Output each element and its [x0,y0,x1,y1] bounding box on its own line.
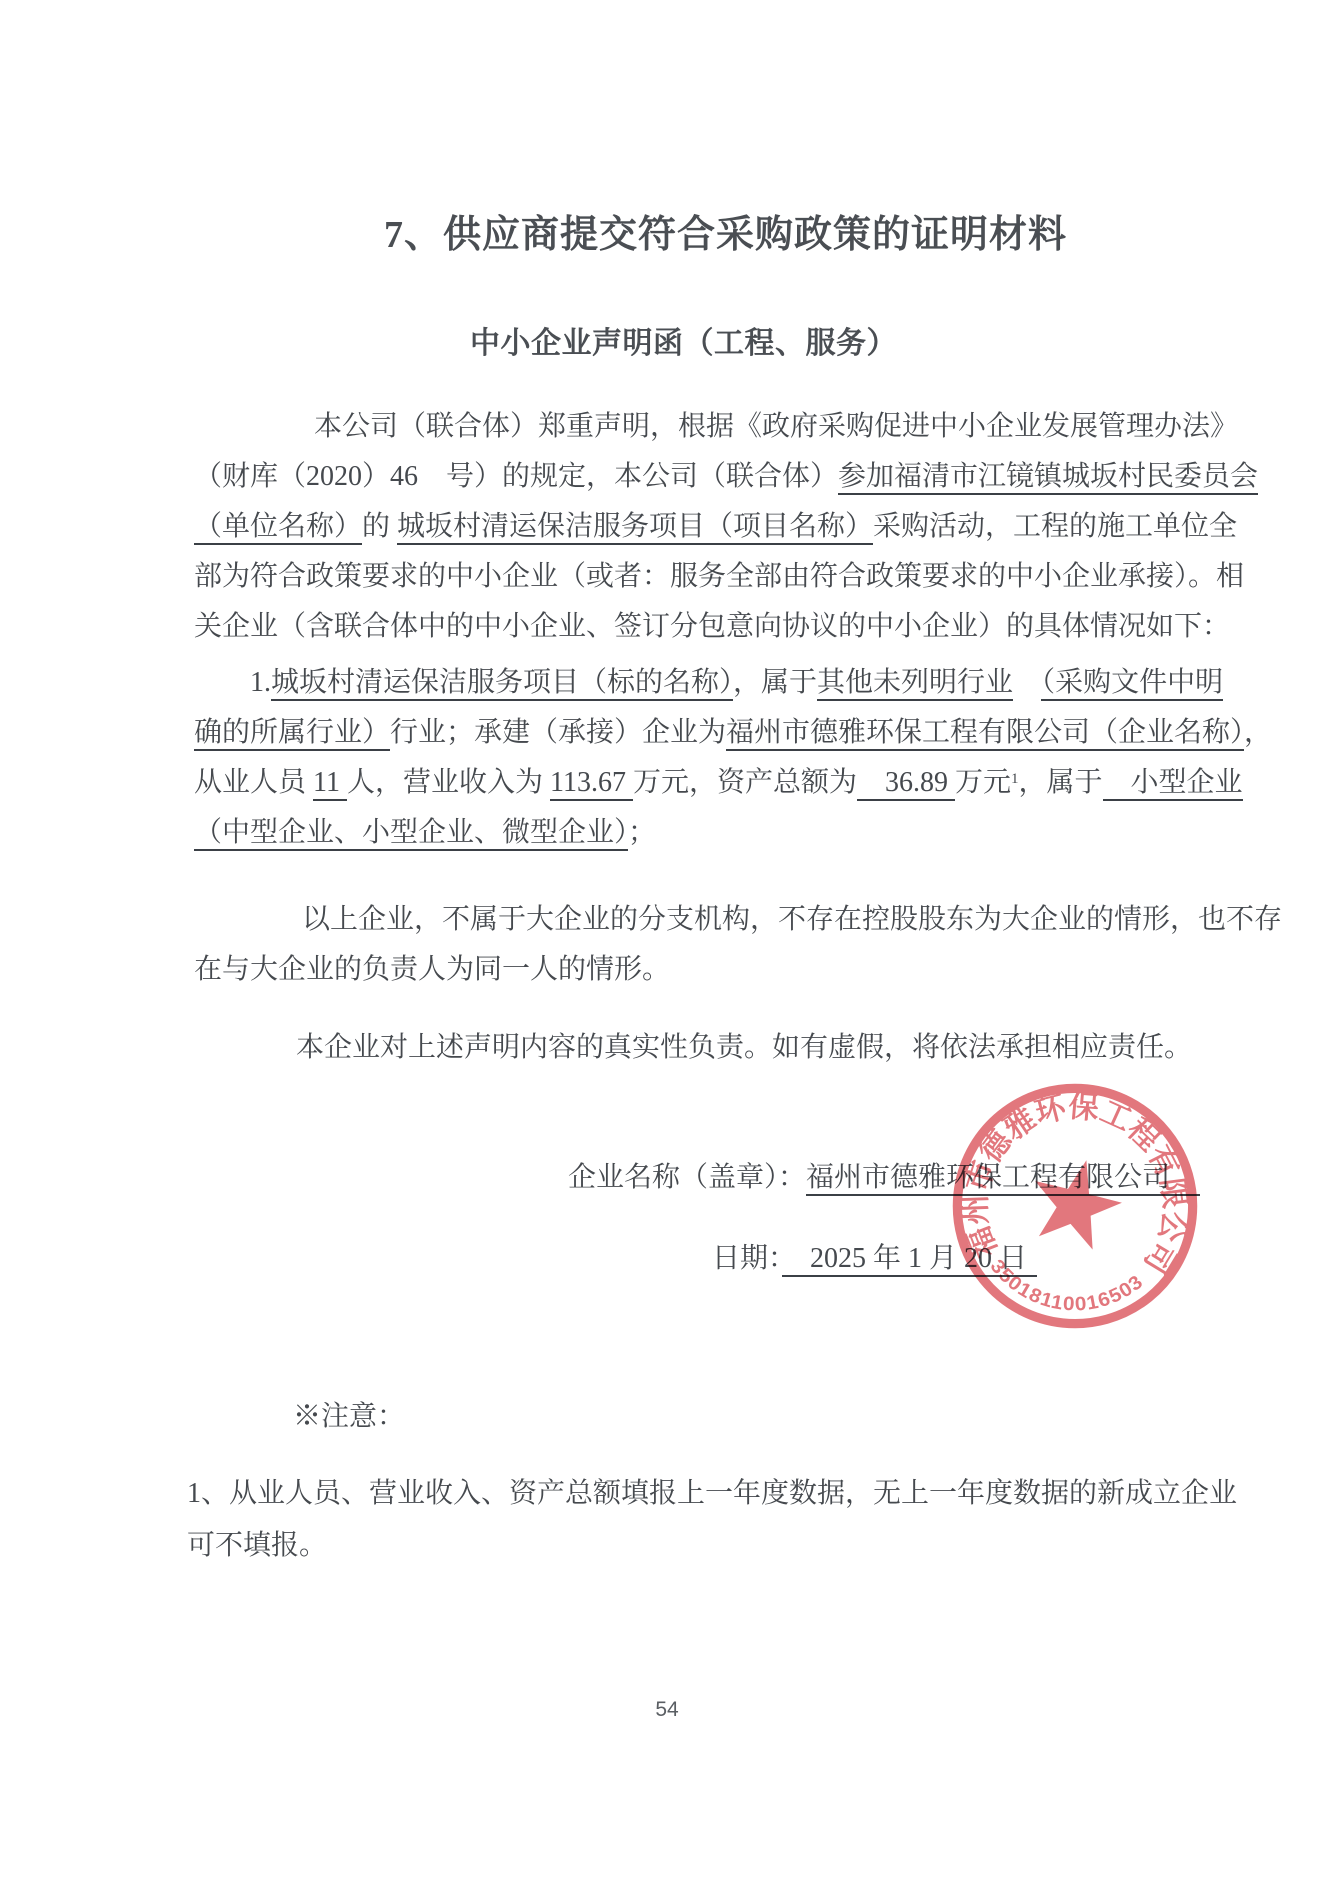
underlined-blank-industry-note: （采购文件中明 [1041,667,1223,701]
underlined-blank-subject-name: 城坂村清运保洁服务项目（标的名称） [271,667,733,701]
underlined-blank-industry: 其他未列明行业 [817,667,1013,701]
text-line: （单位名称）的 城坂村清运保洁服务项目（项目名称）采购活动，工程的施工单位全 [194,502,1186,552]
document-subtitle: 中小企业声明函（工程、服务） [470,318,897,362]
notes-heading: ※注意： [293,1394,405,1434]
list-number: 1. [250,667,271,698]
company-label: 企业名称（盖章）： [568,1162,806,1193]
document-page: 7、供应商提交符合采购政策的证明材料 中小企业声明函（工程、服务） 本公司（联合… [0,0,1334,1888]
underlined-blank-employees: 11 [313,767,347,801]
text-line: 从业人员 11 人，营业收入为 113.67 万元，资产总额为 36.89 万元… [194,758,1186,808]
underlined-blank-assets: 36.89 [857,767,955,801]
paragraph-no-large-enterprise: 以上企业，不属于大企业的分支机构，不存在控股股东为大企业的情形，也不存 在与大企… [194,895,1186,995]
text-segment: 以上企业，不属于大企业的分支机构，不存在控股股东为大企业的情形，也不存 [302,904,1282,935]
text-segment: 万元，资产总额为 [633,767,857,798]
text-line: 1、从业人员、营业收入、资产总额填报上一年度数据，无上一年度数据的新成立企业 [187,1468,1187,1520]
text-line: 在与大企业的负责人为同一人的情形。 [194,945,1186,995]
text-segment: 从业人员 [194,767,313,798]
paragraph-item-1: 1.城坂村清运保洁服务项目（标的名称），属于其他未列明行业 （采购文件中明 确的… [194,658,1186,858]
text-segment: 在与大企业的负责人为同一人的情形。 [194,954,670,985]
text-segment: （财库（2020）46 号）的规定，本公司（联合体） [194,461,838,492]
seal-star-icon [1029,1155,1126,1252]
underlined-label-unit-name: （单位名称） [194,511,362,545]
notes-body: 1、从业人员、营业收入、资产总额填报上一年度数据，无上一年度数据的新成立企业 可… [187,1468,1187,1572]
text-segment: ， [1244,717,1272,748]
page-title: 7、供应商提交符合采购政策的证明材料 [384,203,1067,258]
text-segment: 可不填报。 [187,1530,327,1561]
text-line: 本企业对上述声明内容的真实性负责。如有虚假，将依法承担相应责任。 [194,1023,1186,1073]
text-line: 本公司（联合体）郑重声明，根据《政府采购促进中小企业发展管理办法》 [194,402,1186,452]
text-segment: 本公司（联合体）郑重声明，根据《政府采购促进中小企业发展管理办法》 [314,411,1238,442]
text-segment: 关企业（含联合体中的中小企业、签订分包意向协议的中小企业）的具体情况如下： [194,611,1230,642]
text-segment: 人，营业收入为 [347,767,550,798]
text-line: 确的所属行业）行业；承建（承接）企业为福州市德雅环保工程有限公司（企业名称）， [194,708,1186,758]
text-line: 部为符合政策要求的中小企业（或者：服务全部由符合政策要求的中小企业承接）。相 [194,552,1186,602]
text-segment: ，属于 [733,667,817,698]
text-segment: 采购活动，工程的施工单位全 [873,511,1237,542]
text-line: 关企业（含联合体中的中小企业、签订分包意向协议的中小企业）的具体情况如下： [194,602,1186,652]
underlined-blank-company-name: 福州市德雅环保工程有限公司（企业名称） [726,717,1244,751]
date-label: 日期： [712,1243,782,1274]
text-segment: ； [628,817,656,848]
underlined-blank-project-name: 城坂村清运保洁服务项目（项目名称） [397,511,873,545]
text-line: 可不填报。 [187,1520,1187,1572]
text-line: （中型企业、小型企业、微型企业）； [194,808,1186,858]
text-line: 以上企业，不属于大企业的分支机构，不存在控股股东为大企业的情形，也不存 [194,895,1186,945]
company-seal-stamp: 福州市德雅环保工程有限公司 35018110016503 [941,1072,1209,1340]
underlined-blank-revenue: 113.67 [550,767,633,801]
paragraph-declaration: 本公司（联合体）郑重声明，根据《政府采购促进中小企业发展管理办法》 （财库（20… [194,402,1186,652]
text-segment: 部为符合政策要求的中小企业（或者：服务全部由符合政策要求的中小企业承接）。相 [194,561,1244,592]
text-line: 1.城坂村清运保洁服务项目（标的名称），属于其他未列明行业 （采购文件中明 [194,658,1186,708]
footnote-marker: 1 [1011,771,1019,787]
text-segment: 1、从业人员、营业收入、资产总额填报上一年度数据，无上一年度数据的新成立企业 [187,1478,1237,1509]
text-segment: 本企业对上述声明内容的真实性负责。如有虚假，将依法承担相应责任。 [296,1032,1192,1063]
page-number: 54 [0,1698,1334,1722]
text-segment: 行业；承建（承接）企业为 [390,717,726,748]
text-line: （财库（2020）46 号）的规定，本公司（联合体）参加福清市江镜镇城坂村民委员… [194,452,1186,502]
text-segment: ，属于 [1019,767,1103,798]
text-segment [1013,667,1041,698]
underlined-blank-industry-note-cont: 确的所属行业） [194,717,390,751]
underlined-blank-purchaser: 参加福清市江镜镇城坂村民委员会 [838,461,1258,495]
text-segment: 的 [362,511,397,542]
underlined-blank-enterprise-type: 小型企业 [1103,767,1243,801]
underlined-label-enterprise-types: （中型企业、小型企业、微型企业） [194,817,628,851]
text-segment: 万元 [955,767,1011,798]
paragraph-responsibility: 本企业对上述声明内容的真实性负责。如有虚假，将依法承担相应责任。 [194,1023,1186,1073]
